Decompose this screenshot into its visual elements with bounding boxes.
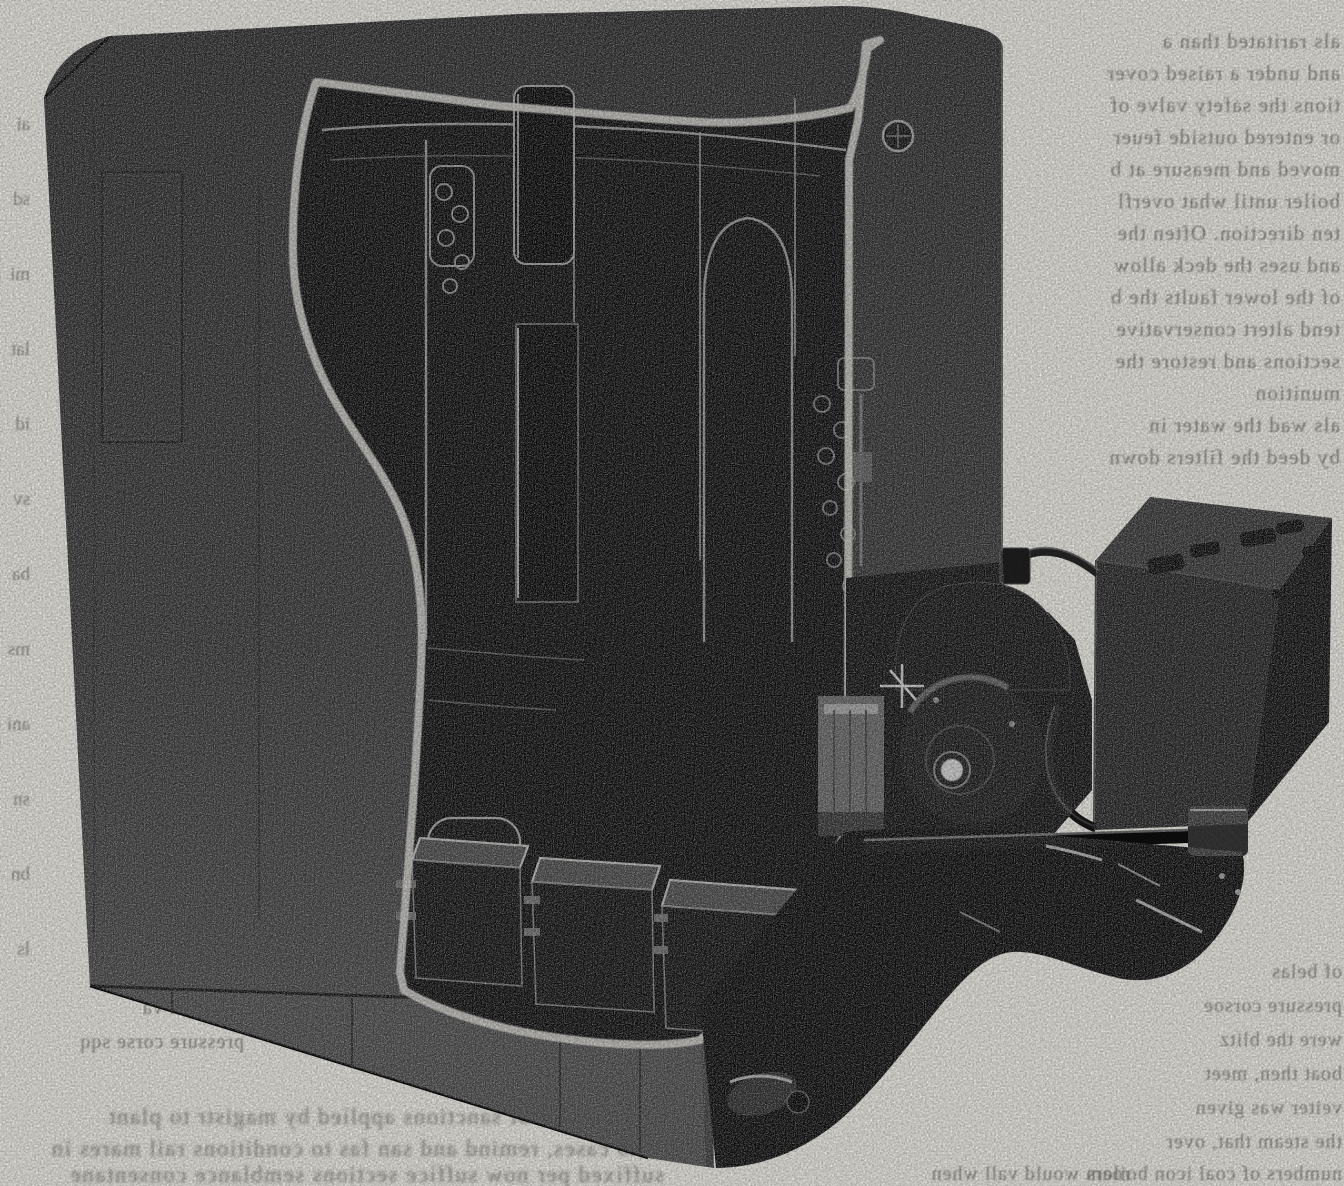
scan-grain-overlay <box>0 0 1344 1186</box>
figure-boiler-cutaway-photo: als raritated than a and under a raised … <box>0 0 1344 1186</box>
scanned-page: als raritated than a and under a raised … <box>0 0 1344 1186</box>
